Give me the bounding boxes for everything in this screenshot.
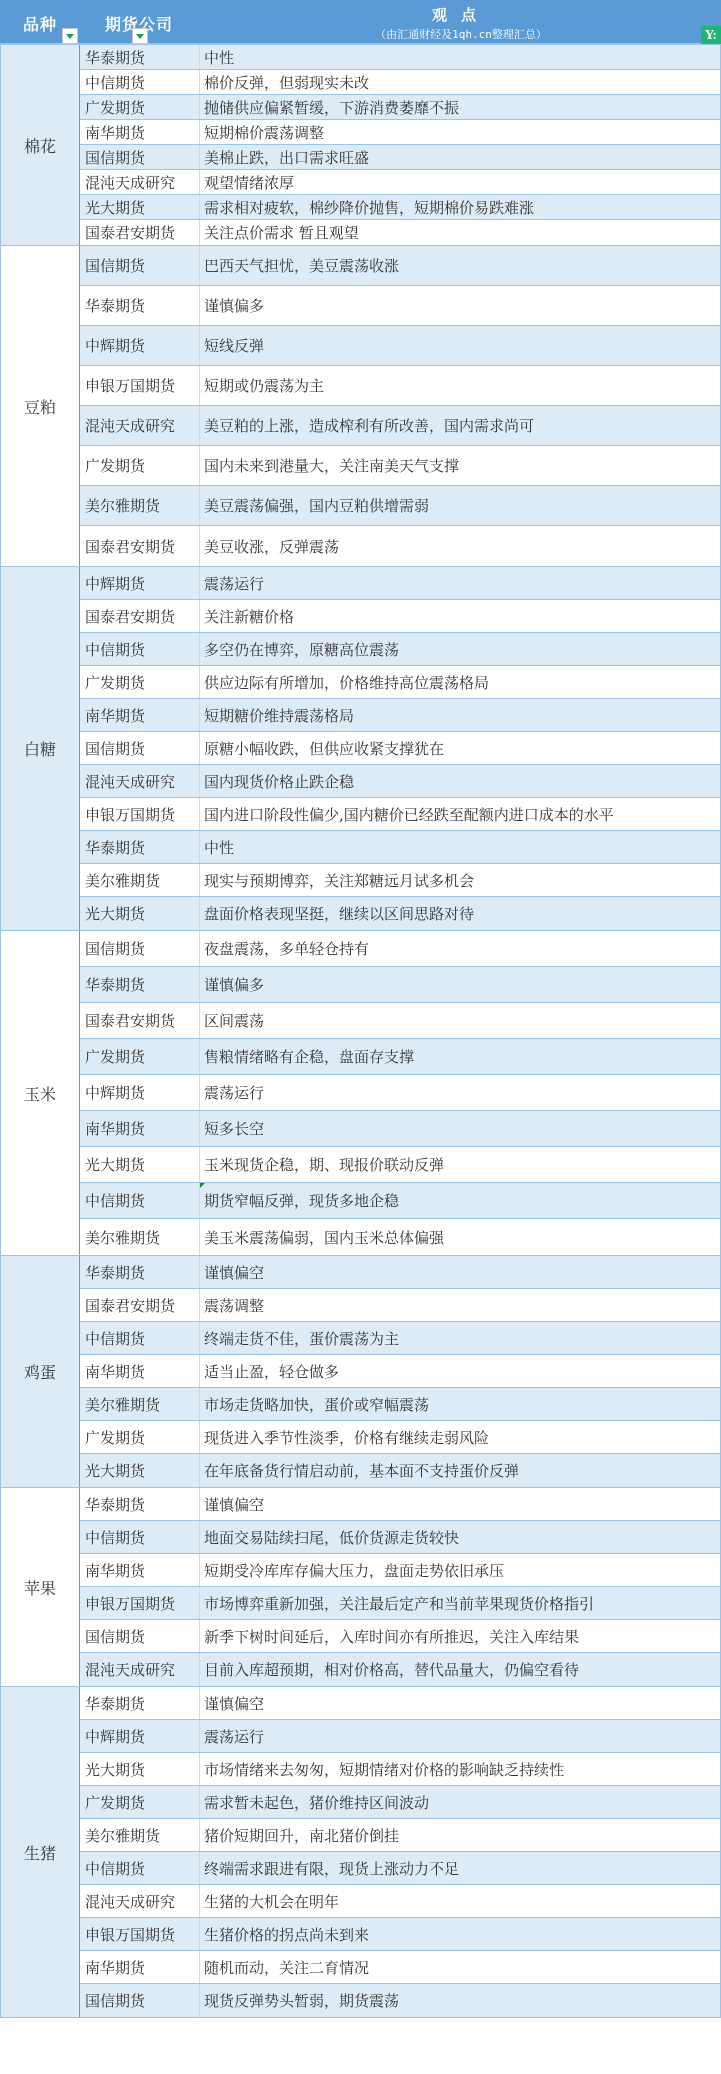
section-rows: 国信期货夜盘震荡，多单轻仓持有华泰期货谨慎偏多国泰君安期货区间震荡广发期货售粮情… — [80, 931, 721, 1255]
view-cell[interactable]: 巴西天气担忧，美豆震荡收涨 — [200, 246, 721, 285]
dropdown-arrow-icon[interactable] — [132, 28, 148, 44]
table-row: 国泰君安期货美豆收涨，反弹震荡 — [80, 526, 721, 566]
view-cell[interactable]: 关注点价需求 暂且观望 — [200, 220, 721, 245]
view-text: 关注新糖价格 — [204, 606, 294, 627]
company-cell[interactable]: 美尔雅期货 — [80, 864, 200, 896]
table-row: 华泰期货谨慎偏多 — [80, 967, 721, 1003]
spreadsheet: 品种 期货公司 观点 （由汇通财经及1qh.cn整理汇总） Y: 棉花华泰期货中… — [0, 0, 721, 2018]
table-row: 南华期货短期糖价维持震荡格局 — [80, 699, 721, 732]
view-text: 短期受冷库库存偏大压力，盘面走势依旧承压 — [204, 1560, 504, 1581]
view-text: 现货进入季节性淡季，价格有继续走弱风险 — [204, 1427, 489, 1448]
view-text: 地面交易陆续扫尾，低价货源走货较快 — [204, 1527, 459, 1548]
view-cell[interactable]: 棉价反弹，但弱现实未改 — [200, 70, 721, 94]
table-row: 光大期货盘面价格表现坚挺，继续以区间思路对待 — [80, 897, 721, 930]
view-text: 原糖小幅收跌，但供应收紧支撑犹在 — [204, 738, 444, 759]
company-cell[interactable]: 国泰君安期货 — [80, 600, 200, 632]
view-text: 美豆震荡偏强，国内豆粕供增需弱 — [204, 495, 429, 516]
table-row: 华泰期货中性 — [80, 831, 721, 864]
section-group: 鸡蛋华泰期货谨慎偏空国泰君安期货震荡调整中信期货终端走货不佳，蛋价震荡为主南华期… — [0, 1256, 721, 1488]
company-cell[interactable]: 广发期货 — [80, 446, 200, 485]
table-row: 光大期货市场情绪来去匆匆，短期情绪对价格的影响缺乏持续性 — [80, 1753, 721, 1786]
view-text: 中性 — [204, 47, 234, 68]
view-cell[interactable]: 美棉止跌，出口需求旺盛 — [200, 145, 721, 169]
table-row: 国信期货新季下树时间延后，入库时间亦有所推迟，关注入库结果 — [80, 1620, 721, 1653]
view-cell[interactable]: 观望情绪浓厚 — [200, 170, 721, 194]
company-cell[interactable]: 中辉期货 — [80, 1075, 200, 1110]
view-cell[interactable]: 短多长空 — [200, 1111, 721, 1146]
company-cell[interactable]: 中辉期货 — [80, 326, 200, 365]
view-cell[interactable]: 终端需求跟进有限，现货上涨动力不足 — [200, 1852, 721, 1884]
table-row: 南华期货随机而动，关注二育情况 — [80, 1951, 721, 1984]
company-cell[interactable]: 国信期货 — [80, 1984, 200, 2017]
section-rows: 国信期货巴西天气担忧，美豆震荡收涨华泰期货谨慎偏多中辉期货短线反弹申银万国期货短… — [80, 246, 721, 566]
view-text: 国内现货价格止跌企稳 — [204, 771, 354, 792]
company-cell[interactable]: 南华期货 — [80, 1554, 200, 1586]
view-text: 盘面价格表现坚挺，继续以区间思路对待 — [204, 903, 474, 924]
table-row: 中辉期货震荡运行 — [80, 1075, 721, 1111]
section-group: 豆粕国信期货巴西天气担忧，美豆震荡收涨华泰期货谨慎偏多中辉期货短线反弹申银万国期… — [0, 246, 721, 567]
view-text: 震荡运行 — [204, 1726, 264, 1747]
table-row: 国泰君安期货区间震荡 — [80, 1003, 721, 1039]
view-text: 期货窄幅反弹，现货多地企稳 — [204, 1190, 399, 1211]
variety-cell[interactable]: 玉米 — [0, 931, 80, 1255]
company-cell[interactable]: 混沌天成研究 — [80, 170, 200, 194]
section-rows: 华泰期货谨慎偏空国泰君安期货震荡调整中信期货终端走货不佳，蛋价震荡为主南华期货适… — [80, 1256, 721, 1487]
table-row: 美尔雅期货市场走货略加快，蛋价或窄幅震荡 — [80, 1388, 721, 1421]
view-text: 观望情绪浓厚 — [204, 172, 294, 193]
view-text: 中性 — [204, 837, 234, 858]
table-row: 美尔雅期货美豆震荡偏强，国内豆粕供增需弱 — [80, 486, 721, 526]
view-cell[interactable]: 适当止盈，轻仓做多 — [200, 1355, 721, 1387]
view-text: 震荡运行 — [204, 573, 264, 594]
table-row: 国信期货现货反弹势头暂弱，期货震荡 — [80, 1984, 721, 2017]
view-cell[interactable]: 短期或仍震荡为主 — [200, 366, 721, 405]
view-text: 市场走货略加快，蛋价或窄幅震荡 — [204, 1394, 429, 1415]
view-text: 震荡运行 — [204, 1082, 264, 1103]
company-cell[interactable]: 国泰君安期货 — [80, 1289, 200, 1321]
view-cell[interactable]: 市场走货略加快，蛋价或窄幅震荡 — [200, 1388, 721, 1420]
view-text: 抛储供应偏紧暂缓，下游消费萎靡不振 — [204, 97, 459, 118]
view-text: 目前入库超预期，相对价格高，替代品量大，仍偏空看待 — [204, 1659, 579, 1680]
table-row: 混沌天成研究目前入库超预期，相对价格高，替代品量大，仍偏空看待 — [80, 1653, 721, 1686]
view-cell[interactable]: 玉米现货企稳，期、现报价联动反弹 — [200, 1147, 721, 1182]
view-cell[interactable]: 随机而动，关注二育情况 — [200, 1951, 721, 1983]
column-header-view-subtitle: （由汇通财经及1qh.cn整理汇总） — [201, 26, 721, 42]
view-cell[interactable]: 终端走货不佳，蛋价震荡为主 — [200, 1322, 721, 1354]
section-group: 生猪华泰期货谨慎偏空中辉期货震荡运行光大期货市场情绪来去匆匆，短期情绪对价格的影… — [0, 1687, 721, 2018]
view-text: 生猪的大机会在明年 — [204, 1891, 339, 1912]
view-cell[interactable]: 期货窄幅反弹，现货多地企稳 — [200, 1183, 721, 1218]
table-row: 混沌天成研究生猪的大机会在明年 — [80, 1885, 721, 1918]
view-cell[interactable]: 谨慎偏空 — [200, 1488, 721, 1520]
table-row: 中信期货多空仍在博弈，原糖高位震荡 — [80, 633, 721, 666]
section-group: 棉花华泰期货中性中信期货棉价反弹，但弱现实未改广发期货抛储供应偏紧暂缓，下游消费… — [0, 45, 721, 246]
view-cell[interactable]: 美豆收涨，反弹震荡 — [200, 526, 721, 566]
company-cell[interactable]: 南华期货 — [80, 120, 200, 144]
variety-cell[interactable]: 苹果 — [0, 1488, 80, 1686]
company-cell[interactable]: 华泰期货 — [80, 831, 200, 863]
view-cell[interactable]: 猪价短期回升，南北猪价倒挂 — [200, 1819, 721, 1851]
view-text: 市场情绪来去匆匆，短期情绪对价格的影响缺乏持续性 — [204, 1759, 564, 1780]
table-row: 中辉期货短线反弹 — [80, 326, 721, 366]
company-cell[interactable]: 光大期货 — [80, 1753, 200, 1785]
table-row: 广发期货供应边际有所增加，价格维持高位震荡格局 — [80, 666, 721, 699]
view-cell[interactable]: 市场情绪来去匆匆，短期情绪对价格的影响缺乏持续性 — [200, 1753, 721, 1785]
view-text: 谨慎偏空 — [204, 1262, 264, 1283]
company-cell[interactable]: 中信期货 — [80, 1521, 200, 1553]
company-cell[interactable]: 国信期货 — [80, 931, 200, 966]
view-text: 棉价反弹，但弱现实未改 — [204, 72, 369, 93]
view-text: 需求暂未起色，猪价维持区间波动 — [204, 1792, 429, 1813]
company-cell[interactable]: 广发期货 — [80, 1421, 200, 1453]
view-cell[interactable]: 短期棉价震荡调整 — [200, 120, 721, 144]
column-header-variety-label: 品种 — [23, 12, 57, 35]
company-cell[interactable]: 中信期货 — [80, 1852, 200, 1884]
company-cell[interactable]: 华泰期货 — [80, 286, 200, 325]
view-cell[interactable]: 国内现货价格止跌企稳 — [200, 765, 721, 797]
view-text: 现货反弹势头暂弱，期货震荡 — [204, 1990, 399, 2011]
table-row: 广发期货国内未来到港量大，关注南美天气支撑 — [80, 446, 721, 486]
view-text: 夜盘震荡，多单轻仓持有 — [204, 938, 369, 959]
table-row: 中信期货终端需求跟进有限，现货上涨动力不足 — [80, 1852, 721, 1885]
view-cell[interactable]: 震荡运行 — [200, 1075, 721, 1110]
view-text: 谨慎偏空 — [204, 1494, 264, 1515]
view-text: 短期棉价震荡调整 — [204, 122, 324, 143]
column-header-view: 观点 （由汇通财经及1qh.cn整理汇总） Y: — [201, 0, 721, 45]
view-text: 短期或仍震荡为主 — [204, 375, 324, 396]
view-text: 谨慎偏多 — [204, 295, 264, 316]
view-text: 震荡调整 — [204, 1295, 264, 1316]
view-text: 新季下树时间延后，入库时间亦有所推迟，关注入库结果 — [204, 1626, 579, 1647]
view-cell[interactable]: 抛储供应偏紧暂缓，下游消费萎靡不振 — [200, 95, 721, 119]
view-cell[interactable]: 国内未来到港量大，关注南美天气支撑 — [200, 446, 721, 485]
filter-icon[interactable]: Y: — [701, 26, 721, 44]
view-text: 美豆收涨，反弹震荡 — [204, 536, 339, 557]
table-row: 中信期货地面交易陆续扫尾，低价货源走货较快 — [80, 1521, 721, 1554]
table-row: 混沌天成研究观望情绪浓厚 — [80, 170, 721, 195]
view-cell[interactable]: 供应边际有所增加，价格维持高位震荡格局 — [200, 666, 721, 698]
company-cell[interactable]: 混沌天成研究 — [80, 1885, 200, 1917]
table-row: 华泰期货谨慎偏空 — [80, 1488, 721, 1521]
variety-cell[interactable]: 豆粕 — [0, 246, 80, 566]
table-row: 申银万国期货市场博弈重新加强，关注最后定产和当前苹果现货价格指引 — [80, 1587, 721, 1620]
table-row: 美尔雅期货美玉米震荡偏弱，国内玉米总体偏强 — [80, 1219, 721, 1255]
view-cell[interactable]: 夜盘震荡，多单轻仓持有 — [200, 931, 721, 966]
table-row: 南华期货适当止盈，轻仓做多 — [80, 1355, 721, 1388]
table-row: 国信期货原糖小幅收跌，但供应收紧支撑犹在 — [80, 732, 721, 765]
view-cell[interactable]: 震荡调整 — [200, 1289, 721, 1321]
view-cell[interactable]: 国内进口阶段性偏少,国内糖价已经跌至配额内进口成本的水平 — [200, 798, 721, 830]
view-cell[interactable]: 关注新糖价格 — [200, 600, 721, 632]
company-cell[interactable]: 广发期货 — [80, 1039, 200, 1074]
table-row: 中信期货终端走货不佳，蛋价震荡为主 — [80, 1322, 721, 1355]
table-row: 申银万国期货生猪价格的拐点尚未到来 — [80, 1918, 721, 1951]
view-cell[interactable]: 市场博弈重新加强，关注最后定产和当前苹果现货价格指引 — [200, 1587, 721, 1619]
company-cell[interactable]: 国泰君安期货 — [80, 1003, 200, 1038]
view-cell[interactable]: 生猪的大机会在明年 — [200, 1885, 721, 1917]
view-text: 生猪价格的拐点尚未到来 — [204, 1924, 369, 1945]
view-text: 短多长空 — [204, 1118, 264, 1139]
view-cell[interactable]: 震荡运行 — [200, 1720, 721, 1752]
section-rows: 华泰期货中性中信期货棉价反弹，但弱现实未改广发期货抛储供应偏紧暂缓，下游消费萎靡… — [80, 45, 721, 245]
view-text: 适当止盈，轻仓做多 — [204, 1361, 339, 1382]
view-cell[interactable]: 生猪价格的拐点尚未到来 — [200, 1918, 721, 1950]
company-cell[interactable]: 广发期货 — [80, 1786, 200, 1818]
table-row: 美尔雅期货猪价短期回升，南北猪价倒挂 — [80, 1819, 721, 1852]
view-text: 现实与预期博弈，关注郑糖远月试多机会 — [204, 870, 474, 891]
view-cell[interactable]: 美豆震荡偏强，国内豆粕供增需弱 — [200, 486, 721, 525]
variety-cell[interactable]: 鸡蛋 — [0, 1256, 80, 1487]
company-cell[interactable]: 南华期货 — [80, 1951, 200, 1983]
company-cell[interactable]: 国信期货 — [80, 1620, 200, 1652]
table-row: 南华期货短期受冷库库存偏大压力，盘面走势依旧承压 — [80, 1554, 721, 1587]
view-cell[interactable]: 美豆粕的上涨，造成榨利有所改善，国内需求尚可 — [200, 406, 721, 445]
view-text: 谨慎偏多 — [204, 974, 264, 995]
company-cell[interactable]: 申银万国期货 — [80, 1918, 200, 1950]
table-row: 光大期货玉米现货企稳，期、现报价联动反弹 — [80, 1147, 721, 1183]
company-cell[interactable]: 申银万国期货 — [80, 1587, 200, 1619]
company-cell[interactable]: 中信期货 — [80, 70, 200, 94]
view-text: 谨慎偏空 — [204, 1693, 264, 1714]
view-cell[interactable]: 现货进入季节性淡季，价格有继续走弱风险 — [200, 1421, 721, 1453]
view-text: 售粮情绪略有企稳，盘面存支撑 — [204, 1046, 414, 1067]
section-rows: 华泰期货谨慎偏空中信期货地面交易陆续扫尾，低价货源走货较快南华期货短期受冷库库存… — [80, 1488, 721, 1686]
company-cell[interactable]: 国信期货 — [80, 246, 200, 285]
company-cell[interactable]: 混沌天成研究 — [80, 406, 200, 445]
view-text: 短线反弹 — [204, 335, 264, 356]
company-cell[interactable]: 华泰期货 — [80, 967, 200, 1002]
table-row: 申银万国期货国内进口阶段性偏少,国内糖价已经跌至配额内进口成本的水平 — [80, 798, 721, 831]
table-row: 国信期货夜盘震荡，多单轻仓持有 — [80, 931, 721, 967]
view-cell[interactable]: 中性 — [200, 831, 721, 863]
company-cell[interactable]: 中信期货 — [80, 633, 200, 665]
view-cell[interactable]: 谨慎偏多 — [200, 286, 721, 325]
company-cell[interactable]: 美尔雅期货 — [80, 486, 200, 525]
view-cell[interactable]: 需求暂未起色，猪价维持区间波动 — [200, 1786, 721, 1818]
view-cell[interactable]: 谨慎偏空 — [200, 1256, 721, 1288]
company-cell[interactable]: 广发期货 — [80, 95, 200, 119]
table-row: 国泰君安期货关注点价需求 暂且观望 — [80, 220, 721, 245]
company-cell[interactable]: 光大期货 — [80, 1454, 200, 1487]
table-row: 美尔雅期货现实与预期博弈，关注郑糖远月试多机会 — [80, 864, 721, 897]
view-text: 玉米现货企稳，期、现报价联动反弹 — [204, 1154, 444, 1175]
variety-cell[interactable]: 白糖 — [0, 567, 80, 930]
view-cell[interactable]: 现货反弹势头暂弱，期货震荡 — [200, 1984, 721, 2017]
view-cell[interactable]: 中性 — [200, 45, 721, 69]
view-cell[interactable]: 需求相对疲软，棉纱降价抛售，短期棉价易跌难涨 — [200, 195, 721, 219]
view-text: 国内未来到港量大，关注南美天气支撑 — [204, 455, 459, 476]
view-text: 猪价短期回升，南北猪价倒挂 — [204, 1825, 399, 1846]
section-rows: 中辉期货震荡运行国泰君安期货关注新糖价格中信期货多空仍在博弈，原糖高位震荡广发期… — [80, 567, 721, 930]
table-row: 申银万国期货短期或仍震荡为主 — [80, 366, 721, 406]
table-row: 广发期货抛储供应偏紧暂缓，下游消费萎靡不振 — [80, 95, 721, 120]
table-row: 中信期货棉价反弹，但弱现实未改 — [80, 70, 721, 95]
view-cell[interactable]: 售粮情绪略有企稳，盘面存支撑 — [200, 1039, 721, 1074]
section-group: 白糖中辉期货震荡运行国泰君安期货关注新糖价格中信期货多空仍在博弈，原糖高位震荡广… — [0, 567, 721, 931]
table-row: 中信期货期货窄幅反弹，现货多地企稳 — [80, 1183, 721, 1219]
company-cell[interactable]: 华泰期货 — [80, 1256, 200, 1288]
view-cell[interactable]: 目前入库超预期，相对价格高，替代品量大，仍偏空看待 — [200, 1653, 721, 1686]
variety-cell[interactable]: 棉花 — [0, 45, 80, 245]
table-row: 国泰君安期货关注新糖价格 — [80, 600, 721, 633]
table-row: 广发期货需求暂未起色，猪价维持区间波动 — [80, 1786, 721, 1819]
company-cell[interactable]: 南华期货 — [80, 699, 200, 731]
view-cell[interactable]: 区间震荡 — [200, 1003, 721, 1038]
company-cell[interactable]: 国泰君安期货 — [80, 526, 200, 566]
view-text: 美豆粕的上涨，造成榨利有所改善，国内需求尚可 — [204, 415, 534, 436]
view-text: 终端走货不佳，蛋价震荡为主 — [204, 1328, 399, 1349]
view-cell[interactable]: 短线反弹 — [200, 326, 721, 365]
company-cell[interactable]: 中信期货 — [80, 1183, 200, 1218]
column-header-view-title: 观点 — [201, 4, 721, 25]
view-text: 区间震荡 — [204, 1010, 264, 1031]
company-cell[interactable]: 国信期货 — [80, 732, 200, 764]
table-row: 国泰君安期货震荡调整 — [80, 1289, 721, 1322]
company-cell[interactable]: 国泰君安期货 — [80, 220, 200, 245]
view-text: 关注点价需求 暂且观望 — [204, 222, 359, 243]
company-cell[interactable]: 广发期货 — [80, 666, 200, 698]
view-text: 终端需求跟进有限，现货上涨动力不足 — [204, 1858, 459, 1879]
table-row: 华泰期货谨慎偏空 — [80, 1687, 721, 1720]
view-text: 国内进口阶段性偏少,国内糖价已经跌至配额内进口成本的水平 — [204, 804, 614, 825]
variety-cell[interactable]: 生猪 — [0, 1687, 80, 2017]
company-cell[interactable]: 南华期货 — [80, 1355, 200, 1387]
company-cell[interactable]: 中辉期货 — [80, 1720, 200, 1752]
table-row: 国信期货美棉止跌，出口需求旺盛 — [80, 145, 721, 170]
view-cell[interactable]: 盘面价格表现坚挺，继续以区间思路对待 — [200, 897, 721, 930]
table-row: 华泰期货谨慎偏多 — [80, 286, 721, 326]
company-cell[interactable]: 混沌天成研究 — [80, 1653, 200, 1686]
table-row: 国信期货巴西天气担忧，美豆震荡收涨 — [80, 246, 721, 286]
company-cell[interactable]: 中辉期货 — [80, 567, 200, 599]
table-row: 华泰期货中性 — [80, 45, 721, 70]
view-cell[interactable]: 多空仍在博弈，原糖高位震荡 — [200, 633, 721, 665]
company-cell[interactable]: 美尔雅期货 — [80, 1388, 200, 1420]
table-header: 品种 期货公司 观点 （由汇通财经及1qh.cn整理汇总） Y: — [0, 0, 721, 45]
view-cell[interactable]: 短期糖价维持震荡格局 — [200, 699, 721, 731]
company-cell[interactable]: 国信期货 — [80, 145, 200, 169]
view-text: 美玉米震荡偏弱，国内玉米总体偏强 — [204, 1227, 444, 1248]
view-text: 市场博弈重新加强，关注最后定产和当前苹果现货价格指引 — [204, 1593, 594, 1614]
table-row: 广发期货现货进入季节性淡季，价格有继续走弱风险 — [80, 1421, 721, 1454]
table-row: 南华期货短期棉价震荡调整 — [80, 120, 721, 145]
company-cell[interactable]: 华泰期货 — [80, 1687, 200, 1719]
view-cell[interactable]: 美玉米震荡偏弱，国内玉米总体偏强 — [200, 1219, 721, 1255]
column-header-company[interactable]: 期货公司 — [81, 0, 201, 45]
table-row: 广发期货售粮情绪略有企稳，盘面存支撑 — [80, 1039, 721, 1075]
view-cell[interactable]: 地面交易陆续扫尾，低价货源走货较快 — [200, 1521, 721, 1553]
company-cell[interactable]: 华泰期货 — [80, 1488, 200, 1520]
view-text: 需求相对疲软，棉纱降价抛售，短期棉价易跌难涨 — [204, 197, 534, 218]
company-cell[interactable]: 光大期货 — [80, 1147, 200, 1182]
table-row: 混沌天成研究美豆粕的上涨，造成榨利有所改善，国内需求尚可 — [80, 406, 721, 446]
view-text: 在年底备货行情启动前，基本面不支持蛋价反弹 — [204, 1460, 519, 1481]
view-cell[interactable]: 新季下树时间延后，入库时间亦有所推迟，关注入库结果 — [200, 1620, 721, 1652]
view-cell[interactable]: 短期受冷库库存偏大压力，盘面走势依旧承压 — [200, 1554, 721, 1586]
table-row: 中辉期货震荡运行 — [80, 567, 721, 600]
view-cell[interactable]: 谨慎偏多 — [200, 967, 721, 1002]
table-row: 光大期货在年底备货行情启动前，基本面不支持蛋价反弹 — [80, 1454, 721, 1487]
view-text: 供应边际有所增加，价格维持高位震荡格局 — [204, 672, 489, 693]
view-text: 巴西天气担忧，美豆震荡收涨 — [204, 255, 399, 276]
section-group: 苹果华泰期货谨慎偏空中信期货地面交易陆续扫尾，低价货源走货较快南华期货短期受冷库… — [0, 1488, 721, 1687]
view-cell[interactable]: 在年底备货行情启动前，基本面不支持蛋价反弹 — [200, 1454, 721, 1487]
section-group: 玉米国信期货夜盘震荡，多单轻仓持有华泰期货谨慎偏多国泰君安期货区间震荡广发期货售… — [0, 931, 721, 1256]
view-cell[interactable]: 震荡运行 — [200, 567, 721, 599]
company-cell[interactable]: 申银万国期货 — [80, 366, 200, 405]
company-cell[interactable]: 中信期货 — [80, 1322, 200, 1354]
column-header-variety[interactable]: 品种 — [0, 0, 80, 45]
company-cell[interactable]: 美尔雅期货 — [80, 1819, 200, 1851]
view-text: 多空仍在博弈，原糖高位震荡 — [204, 639, 399, 660]
section-rows: 华泰期货谨慎偏空中辉期货震荡运行光大期货市场情绪来去匆匆，短期情绪对价格的影响缺… — [80, 1687, 721, 2017]
dropdown-arrow-icon[interactable] — [62, 28, 78, 44]
view-text: 随机而动，关注二育情况 — [204, 1957, 369, 1978]
view-text: 美棉止跌，出口需求旺盛 — [204, 147, 369, 168]
table-row: 光大期货需求相对疲软，棉纱降价抛售，短期棉价易跌难涨 — [80, 195, 721, 220]
company-cell[interactable]: 申银万国期货 — [80, 798, 200, 830]
view-text: 短期糖价维持震荡格局 — [204, 705, 354, 726]
company-cell[interactable]: 光大期货 — [80, 897, 200, 930]
company-cell[interactable]: 混沌天成研究 — [80, 765, 200, 797]
table-row: 混沌天成研究国内现货价格止跌企稳 — [80, 765, 721, 798]
table-row: 南华期货短多长空 — [80, 1111, 721, 1147]
table-row: 中辉期货震荡运行 — [80, 1720, 721, 1753]
view-cell[interactable]: 谨慎偏空 — [200, 1687, 721, 1719]
company-cell[interactable]: 美尔雅期货 — [80, 1219, 200, 1255]
view-cell[interactable]: 现实与预期博弈，关注郑糖远月试多机会 — [200, 864, 721, 896]
view-cell[interactable]: 原糖小幅收跌，但供应收紧支撑犹在 — [200, 732, 721, 764]
company-cell[interactable]: 华泰期货 — [80, 45, 200, 69]
company-cell[interactable]: 光大期货 — [80, 195, 200, 219]
comment-indicator-icon[interactable] — [200, 1183, 205, 1188]
company-cell[interactable]: 南华期货 — [80, 1111, 200, 1146]
table-body: 棉花华泰期货中性中信期货棉价反弹，但弱现实未改广发期货抛储供应偏紧暂缓，下游消费… — [0, 45, 721, 2018]
table-row: 华泰期货谨慎偏空 — [80, 1256, 721, 1289]
